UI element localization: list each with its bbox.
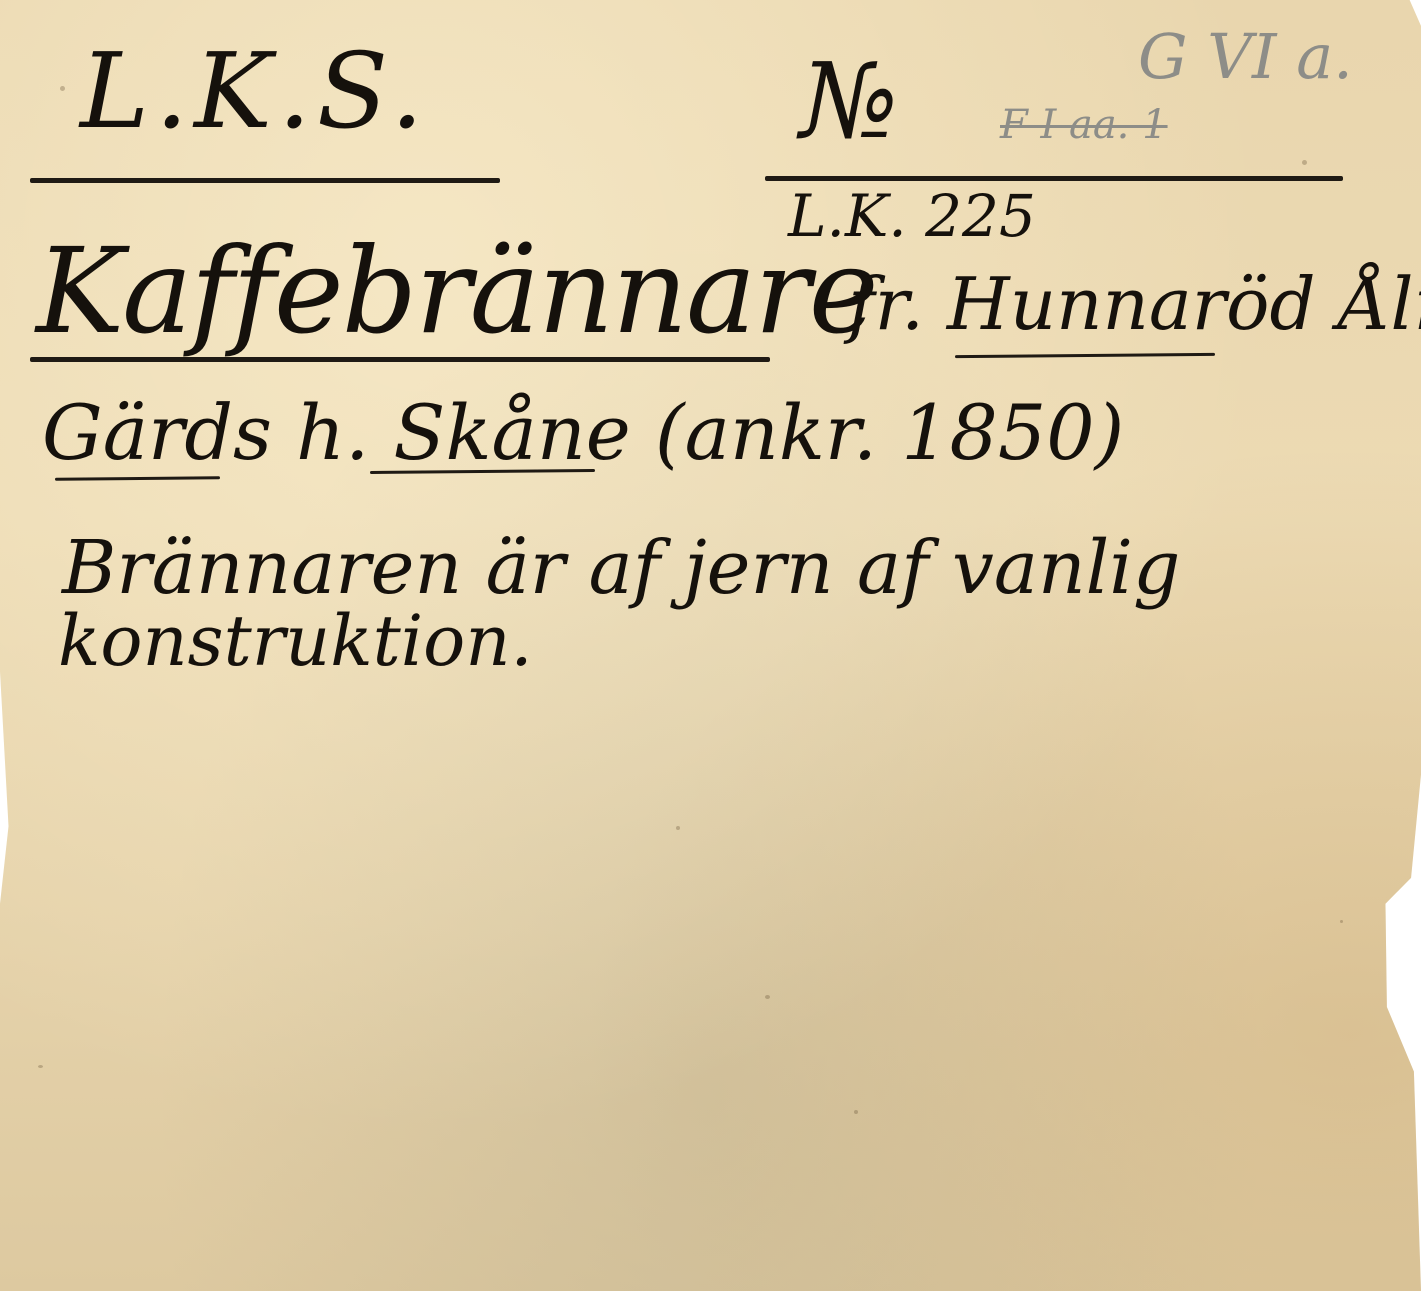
paper-speck [1302, 160, 1307, 165]
provenance-line-1: fr. Hunnaröd Ålmu [848, 262, 1421, 346]
paper-speck [854, 1110, 858, 1114]
header-left-rule [30, 178, 500, 183]
object-title: Kaffebrännare [36, 222, 877, 360]
paper-speck [765, 995, 770, 999]
paper-speck [676, 826, 680, 830]
description-line-2: konstruktion. [58, 600, 533, 682]
place-underline [955, 353, 1215, 358]
catalog-card: L.K.S. № F I aa. 1 G VI a. L.K. 225 Kaff… [0, 0, 1421, 1291]
paper-speck [1340, 920, 1343, 923]
description-line-1: Brännaren är af jern af vanlig [62, 525, 1180, 611]
paper-speck [60, 86, 65, 91]
collection-label: L.K.S. [80, 30, 429, 152]
header-right-rule [765, 176, 1343, 181]
title-rule [30, 357, 770, 362]
provenance-line-2: Gärds h. Skåne (ankr. 1850) [42, 388, 1124, 477]
number-label: № [800, 40, 898, 162]
parish-underline [55, 476, 220, 480]
struck-number-value: F I aa. 1 [1000, 102, 1168, 148]
paper-speck [38, 1065, 43, 1068]
pencil-classification: G VI a. [1138, 20, 1353, 93]
